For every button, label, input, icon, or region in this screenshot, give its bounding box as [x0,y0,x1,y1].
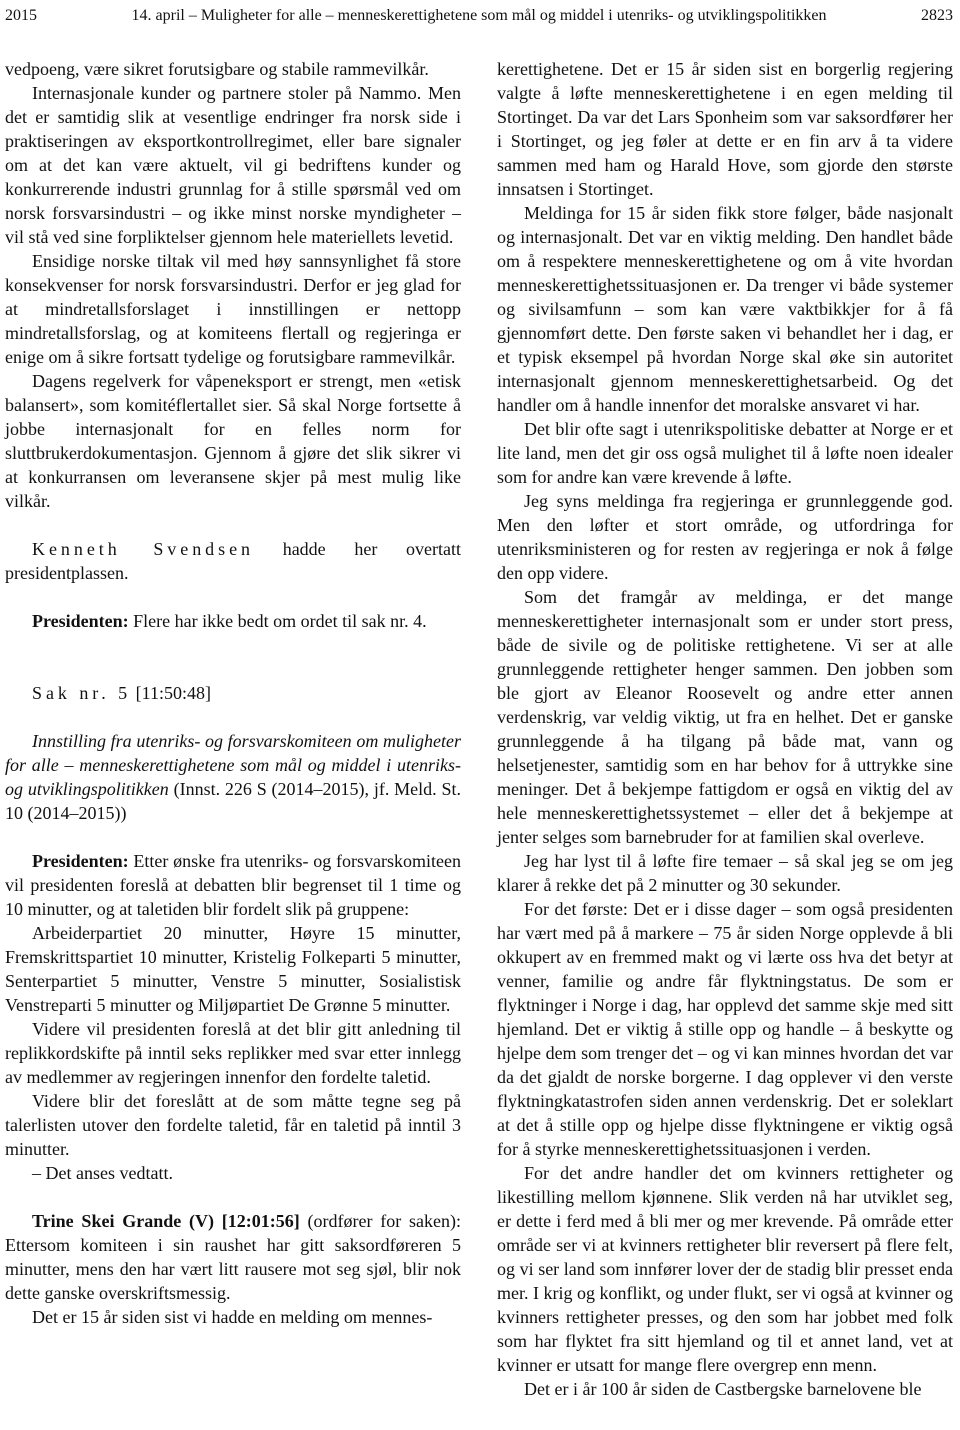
speaker-paragraph: Presidenten: Etter ønske fra utenriks- o… [5,849,461,921]
paragraph: For det første: Det er i disse dager – s… [497,897,953,1161]
paragraph: Meldinga for 15 år siden fikk store følg… [497,201,953,417]
text-run-normal: vedpoeng, være sikret forutsigbare og st… [5,59,429,79]
text-run-normal: Videre blir det foreslått at de som mått… [5,1091,461,1159]
right-column: kerettighetene. Det er 15 år siden sist … [497,57,953,1401]
text-run-normal: Dagens regelverk for våpeneksport er str… [5,371,461,511]
text-run-normal: Videre vil presidenten foreslå at det bl… [5,1019,461,1087]
paragraph: Jeg har lyst til å løfte fire temaer – s… [497,849,953,897]
paragraph: Det er 15 år siden sist vi hadde en meld… [5,1305,461,1329]
text-run-normal: For det første: Det er i disse dager – s… [497,899,953,1159]
text-run-normal: Som det framgår av meldinga, er det mang… [497,587,953,847]
paragraph: Det blir ofte sagt i utenrikspolitiske d… [497,417,953,489]
paragraph: Jeg syns meldinga fra regjeringa er grun… [497,489,953,585]
text-run-normal: Jeg syns meldinga fra regjeringa er grun… [497,491,953,583]
text-run-spaced: Sak nr. 5 [32,683,131,703]
paragraph: Arbeiderpartiet 20 minutter, Høyre 15 mi… [5,921,461,1017]
paragraph: Det er i år 100 år siden de Castbergske … [497,1377,953,1401]
text-run-normal: kerettighetene. Det er 15 år siden sist … [497,59,953,199]
speaker-paragraph: Trine Skei Grande (V) [12:01:56] (ordfør… [5,1209,461,1305]
paragraph-continuation: kerettighetene. Det er 15 år siden sist … [497,57,953,201]
speaker-paragraph: Presidenten: Flere har ikke bedt om orde… [5,609,461,633]
text-run-normal: Meldinga for 15 år siden fikk store følg… [497,203,953,415]
paragraph-continuation: vedpoeng, være sikret forutsigbare og st… [5,57,461,81]
text-run-spaced: Kenneth Svendsen [32,539,254,559]
text-run-normal: Arbeiderpartiet 20 minutter, Høyre 15 mi… [5,923,461,1015]
paragraph: For det andre handler det om kvinners re… [497,1161,953,1377]
left-column: vedpoeng, være sikret forutsigbare og st… [5,57,461,1401]
header-page-number: 2823 [921,6,953,26]
paragraph: Ensidige norske tiltak vil med høy sanns… [5,249,461,369]
text-run-normal: Ensidige norske tiltak vil med høy sanns… [5,251,461,367]
header-running-title: 14. april – Muligheter for alle – mennes… [37,6,921,26]
text-run-bold: Trine Skei Grande (V) [12:01:56] [32,1211,300,1231]
text-run-normal: Internasjonale kunder og partnere stoler… [5,83,461,247]
paragraph: – Det anses vedtatt. [5,1161,461,1185]
text-run-normal: – Det anses vedtatt. [32,1163,173,1183]
text-run-normal: Jeg har lyst til å løfte fire temaer – s… [497,851,953,895]
case-heading: Sak nr. 5 [11:50:48] [5,681,461,705]
text-run-bold: Presidenten: [32,851,129,871]
paragraph: Videre blir det foreslått at de som mått… [5,1089,461,1161]
page-header: 2015 14. april – Muligheter for alle – m… [5,6,953,26]
document-page: 2015 14. april – Muligheter for alle – m… [0,0,960,1430]
text-run-normal: [11:50:48] [131,683,211,703]
case-title: Innstilling fra utenriks- og forsvarskom… [5,729,461,825]
text-run-normal: Det er 15 år siden sist vi hadde en meld… [32,1307,432,1327]
text-columns: vedpoeng, være sikret forutsigbare og st… [5,57,953,1401]
text-run-normal: Flere har ikke bedt om ordet til sak nr.… [129,611,427,631]
paragraph: Dagens regelverk for våpeneksport er str… [5,369,461,513]
text-run-normal: Det blir ofte sagt i utenrikspolitiske d… [497,419,953,487]
text-run-normal: For det andre handler det om kvinners re… [497,1163,953,1375]
text-run-normal: Det er i år 100 år siden de Castbergske … [524,1379,922,1399]
president-change-note: Kenneth Svendsen hadde her overtatt pres… [5,537,461,585]
paragraph: Videre vil presidenten foreslå at det bl… [5,1017,461,1089]
paragraph: Internasjonale kunder og partnere stoler… [5,81,461,249]
paragraph: Som det framgår av meldinga, er det mang… [497,585,953,849]
header-year: 2015 [5,6,37,26]
text-run-bold: Presidenten: [32,611,129,631]
